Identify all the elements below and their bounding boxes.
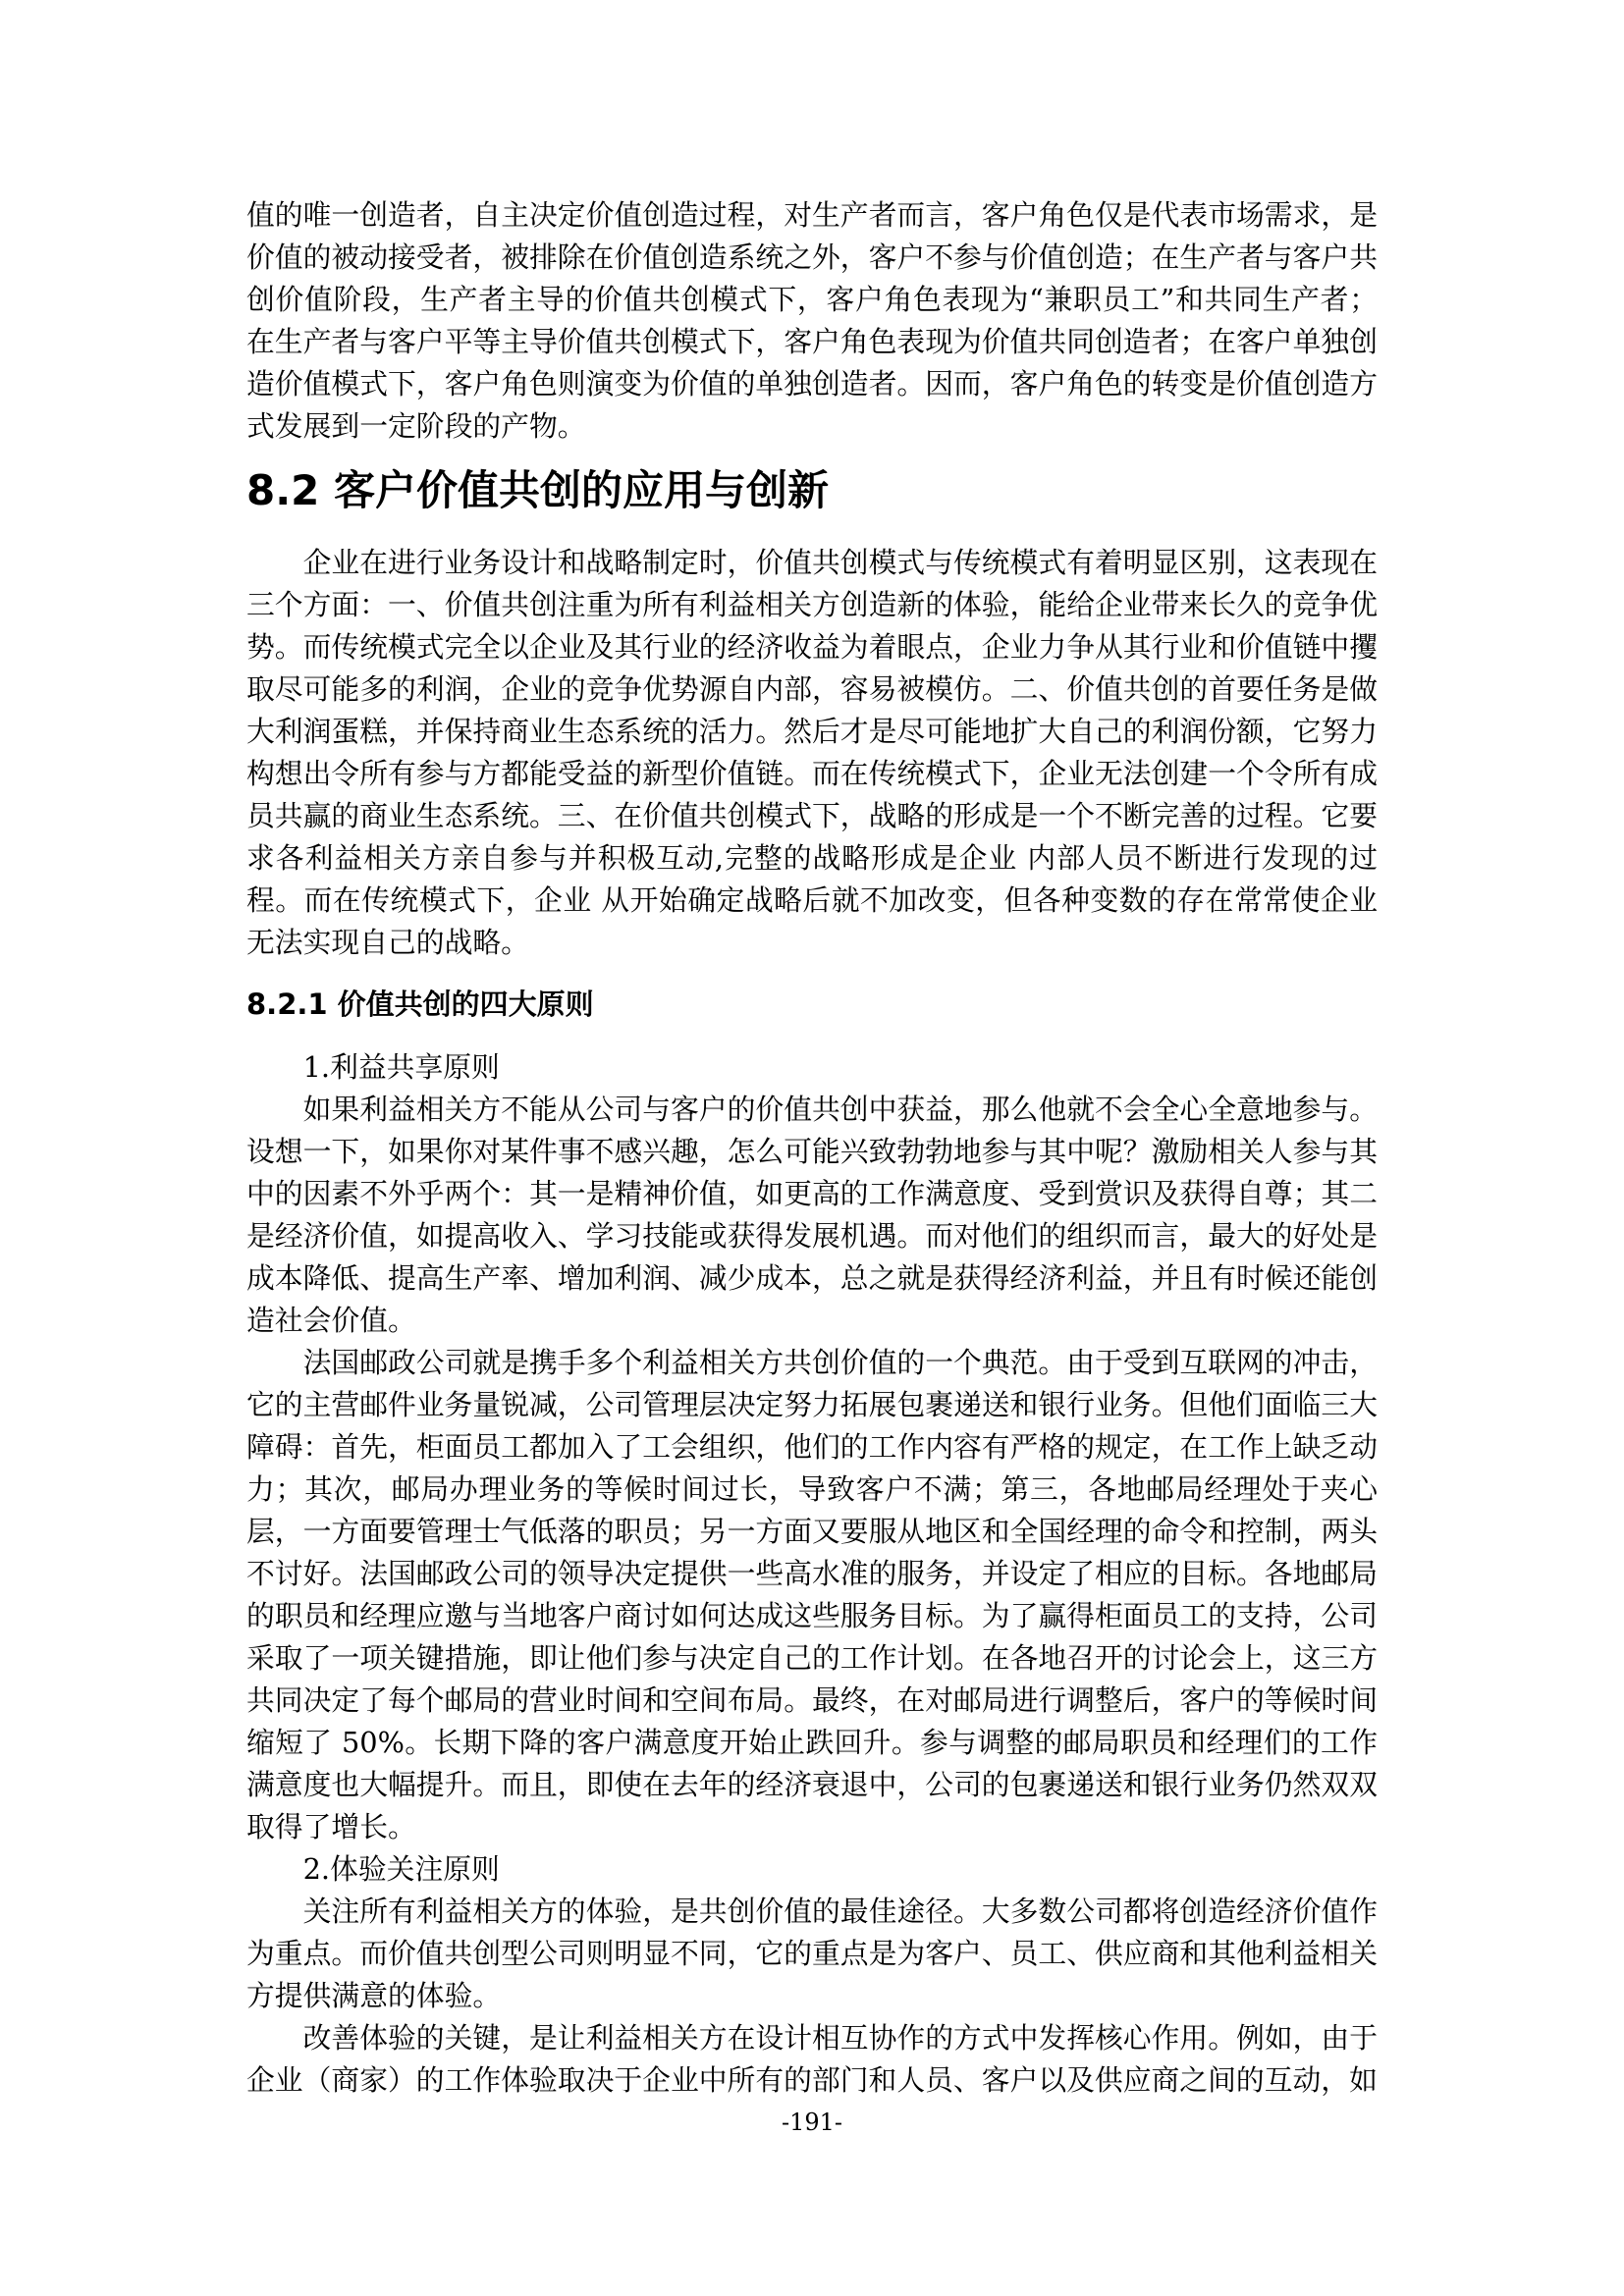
- paragraph: 如果利益相关方不能从公司与客户的价值共创中获益，那么他就不会全心全意地参与。设想…: [246, 1089, 1378, 1342]
- section-heading: 8.2 客户价值共创的应用与创新: [246, 465, 1378, 516]
- paragraph: 值的唯一创造者，自主决定价值创造过程，对生产者而言，客户角色仅是代表市场需求，是…: [246, 194, 1378, 448]
- principle-label: 2.体验关注原则: [246, 1848, 1378, 1891]
- paragraph: 法国邮政公司就是携手多个利益相关方共创价值的一个典范。由于受到互联网的冲击，它的…: [246, 1342, 1378, 1848]
- paragraph: 企业在进行业务设计和战略制定时，价值共创模式与传统模式有着明显区别，这表现在三个…: [246, 542, 1378, 964]
- subsection-heading: 8.2.1 价值共创的四大原则: [246, 984, 1378, 1026]
- paragraph: 改善体验的关键，是让利益相关方在设计相互协作的方式中发挥核心作用。例如，由于企业…: [246, 2017, 1378, 2102]
- document-page: 值的唯一创造者，自主决定价值创造过程，对生产者而言，客户角色仅是代表市场需求，是…: [0, 0, 1624, 2296]
- principle-label: 1.利益共享原则: [246, 1046, 1378, 1089]
- document-body: 值的唯一创造者，自主决定价值创造过程，对生产者而言，客户角色仅是代表市场需求，是…: [246, 194, 1378, 2137]
- paragraph: 关注所有利益相关方的体验，是共创价值的最佳途径。大多数公司都将创造经济价值作为重…: [246, 1891, 1378, 2017]
- page-number: -191-: [246, 2108, 1378, 2137]
